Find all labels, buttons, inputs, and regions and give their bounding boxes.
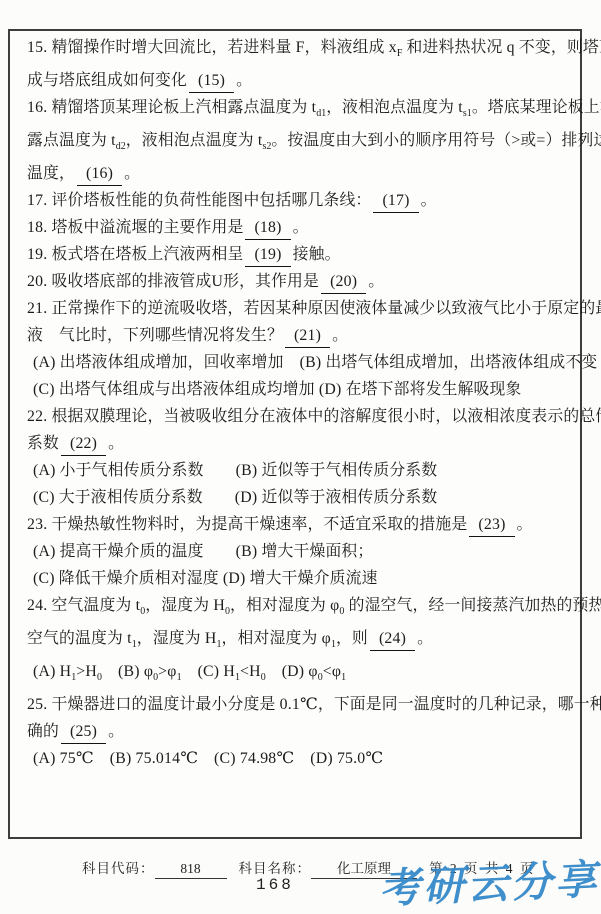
- text-segment: 15. 精馏操作时增大回流比，若进料量 F，料液组成 x: [27, 39, 397, 56]
- text-segment: 温度，: [27, 165, 75, 182]
- text-line: 露点温度为 td2，液相泡点温度为 ts2。按温度由大到小的顺序用符号（>或=）…: [27, 127, 579, 160]
- text-segment: 。: [293, 219, 309, 236]
- text-line: 确的(25)。: [27, 718, 579, 745]
- text-segment: 空气的温度为 t: [27, 630, 132, 647]
- answer-blank: (21): [285, 325, 330, 348]
- text-line: (A) H1>H0 (B) φ0>φ1 (C) H1<H0 (D) φ0<φ1: [27, 658, 579, 691]
- text-segment: 19. 板式塔在塔板上汽液两相呈: [27, 246, 243, 263]
- text-line: 16. 精馏塔顶某理论板上汽相露点温度为 td1，液相泡点温度为 ts1。塔底某…: [27, 94, 579, 127]
- text-segment: ，湿度为 H: [145, 597, 225, 614]
- text-segment: 23. 干燥热敏性物料时，为提高干燥速率，不适宜采取的措施是: [27, 516, 467, 533]
- text-segment: 。: [421, 192, 437, 209]
- text-segment: 24. 空气温度为 t: [27, 597, 140, 614]
- answer-blank: (17): [373, 190, 418, 213]
- text-segment: 。按温度由大到小的顺序用符号（>或=）排列这四个: [271, 132, 601, 149]
- text-line: (A) 提高干燥介质的温度 (B) 增大干燥面积；: [27, 538, 579, 565]
- text-segment: ，相对湿度为 φ: [230, 597, 339, 614]
- text-segment: 。: [417, 630, 433, 647]
- text-segment: 。塔底某理论板上汽相: [472, 99, 601, 116]
- text-line: (C) 降低干燥介质相对湿度 (D) 增大干燥介质流速: [27, 565, 579, 592]
- text-line: 空气的温度为 t1，湿度为 H1，相对湿度为 φ1，则(24)。: [27, 625, 579, 658]
- text-segment: 。: [236, 72, 252, 89]
- text-line: (C) 出塔气体组成与出塔液体组成均增加 (D) 在塔下部将发生解吸现象: [27, 376, 579, 403]
- answer-blank: (19): [245, 244, 290, 267]
- text-line: 22. 根据双膜理论，当被吸收组分在液体中的溶解度很小时，以液相浓度表示的总传质: [27, 403, 579, 430]
- subscript: d2: [116, 141, 126, 152]
- answer-blank: (16): [77, 163, 122, 186]
- text-line: 19. 板式塔在塔板上汽液两相呈(19)接触。: [27, 241, 579, 268]
- text-segment: 成与塔底组成如何变化: [27, 72, 187, 89]
- text-line: 21. 正常操作下的逆流吸收塔，若因某种原因使液体量减少以致液气比小于原定的最小: [27, 295, 579, 322]
- text-segment: (A) 小于气相传质分系数 (B) 近似等于气相传质分系数: [33, 462, 437, 479]
- subscript: 1: [341, 672, 346, 683]
- subject-code-label: 科目代码：: [82, 857, 155, 877]
- text-segment: ，湿度为 H: [137, 630, 217, 647]
- answer-blank: (18): [245, 217, 290, 240]
- text-line: (A) 小于气相传质分系数 (B) 近似等于气相传质分系数: [27, 457, 579, 484]
- text-segment: 接触。: [293, 246, 341, 263]
- scanned-exam-page: { "page": { "lines": [ {"type":"q","segm…: [0, 0, 601, 914]
- text-line: (A) 75℃ (B) 75.014℃ (C) 74.98℃ (D) 75.0℃: [27, 745, 579, 772]
- text-segment: ，相对湿度为 φ: [221, 630, 330, 647]
- text-segment: (C) 降低干燥介质相对湿度 (D) 增大干燥介质流速: [33, 570, 378, 587]
- text-segment: 系数: [27, 435, 59, 452]
- text-segment: 。: [124, 165, 140, 182]
- text-segment: (A) 75℃ (B) 75.014℃ (C) 74.98℃ (D) 75.0℃: [33, 750, 383, 767]
- text-segment: 。: [517, 516, 533, 533]
- text-segment: 。: [368, 273, 384, 290]
- text-segment: <H: [240, 663, 261, 680]
- text-segment: 25. 干燥器进口的温度计最小分度是 0.1℃，下面是同一温度时的几种记录，哪一…: [27, 696, 601, 713]
- text-segment: >φ: [158, 663, 176, 680]
- subject-name-label: 科目名称：: [239, 857, 312, 877]
- text-line: 液 气比时，下列哪些情况将发生？(21)。: [27, 322, 579, 349]
- text-line: 25. 干燥器进口的温度计最小分度是 0.1℃，下面是同一温度时的几种记录，哪一…: [27, 691, 579, 718]
- answer-blank: (20): [321, 271, 366, 294]
- subject-code-value: 818: [155, 861, 227, 879]
- text-line: (A) 出塔液体组成增加，回收率增加 (B) 出塔气体组成增加，出塔液体组成不变: [27, 349, 579, 376]
- subscript: s1: [463, 108, 472, 119]
- answer-blank: (24): [370, 628, 415, 651]
- text-line: 系数(22)。: [27, 430, 579, 457]
- text-segment: (A) 提高干燥介质的温度 (B) 增大干燥面积；: [33, 543, 373, 560]
- text-segment: (A) H: [33, 663, 71, 680]
- text-line: 成与塔底组成如何变化(15)。: [27, 67, 579, 94]
- watermark-text: 考研云分享: [378, 846, 600, 914]
- text-segment: <φ: [323, 663, 341, 680]
- text-line: 20. 吸收塔底部的排液管成U形，其作用是(20)。: [27, 268, 579, 295]
- text-segment: 。: [108, 723, 124, 740]
- exam-lines: 15. 精馏操作时增大回流比，若进料量 F，料液组成 xF 和进料热状况 q 不…: [27, 34, 579, 772]
- text-segment: (D) φ: [266, 663, 318, 680]
- text-segment: 22. 根据双膜理论，当被吸收组分在液体中的溶解度很小时，以液相浓度表示的总传质: [27, 408, 601, 425]
- subscript: d1: [316, 108, 326, 119]
- answer-blank: (22): [61, 433, 106, 456]
- text-segment: (C) 出塔气体组成与出塔液体组成均增加 (D) 在塔下部将发生解吸现象: [33, 381, 522, 398]
- text-segment: 21. 正常操作下的逆流吸收塔，若因某种原因使液体量减少以致液气比小于原定的最小: [27, 300, 601, 317]
- text-segment: ，液相泡点温度为 t: [126, 132, 263, 149]
- text-line: 温度，(16)。: [27, 160, 579, 187]
- text-segment: (B) φ: [102, 663, 153, 680]
- text-segment: 液 气比时，下列哪些情况将发生？: [27, 327, 283, 344]
- text-segment: 和进料热状况 q 不变，则塔顶组: [402, 39, 601, 56]
- text-segment: 17. 评价塔板性能的负荷性能图中包括哪几条线：: [27, 192, 371, 209]
- text-segment: 16. 精馏塔顶某理论板上汽相露点温度为 t: [27, 99, 316, 116]
- text-line: 24. 空气温度为 t0，湿度为 H0，相对湿度为 φ0 的湿空气，经一间接蒸汽…: [27, 592, 579, 625]
- answer-blank: (15): [189, 70, 234, 93]
- answer-blank: (25): [61, 721, 106, 744]
- text-segment: 20. 吸收塔底部的排液管成U形，其作用是: [27, 273, 319, 290]
- text-line: 17. 评价塔板性能的负荷性能图中包括哪几条线：(17)。: [27, 187, 579, 214]
- text-segment: 的湿空气，经一间接蒸汽加热的预热器后，: [344, 597, 601, 614]
- text-segment: ，液相泡点温度为 t: [326, 99, 463, 116]
- text-segment: (A) 出塔液体组成增加，回收率增加 (B) 出塔气体组成增加，出塔液体组成不变: [33, 354, 597, 371]
- text-line: (C) 大于液相传质分系数 (D) 近似等于液相传质分系数: [27, 484, 579, 511]
- text-segment: ，则: [336, 630, 368, 647]
- text-segment: 。: [108, 435, 124, 452]
- page-number: 168: [256, 876, 294, 894]
- text-line: 23. 干燥热敏性物料时，为提高干燥速率，不适宜采取的措施是(23)。: [27, 511, 579, 538]
- text-segment: (C) 大于液相传质分系数 (D) 近似等于液相传质分系数: [33, 489, 437, 506]
- text-segment: (C) H: [182, 663, 235, 680]
- answer-blank: (23): [469, 514, 514, 537]
- text-line: 18. 塔板中溢流堰的主要作用是(18)。: [27, 214, 579, 241]
- text-segment: 。: [332, 327, 348, 344]
- text-segment: >H: [76, 663, 97, 680]
- text-line: 15. 精馏操作时增大回流比，若进料量 F，料液组成 xF 和进料热状况 q 不…: [27, 34, 579, 67]
- text-segment: 18. 塔板中溢流堰的主要作用是: [27, 219, 243, 236]
- text-segment: 露点温度为 t: [27, 132, 116, 149]
- text-segment: 确的: [27, 723, 59, 740]
